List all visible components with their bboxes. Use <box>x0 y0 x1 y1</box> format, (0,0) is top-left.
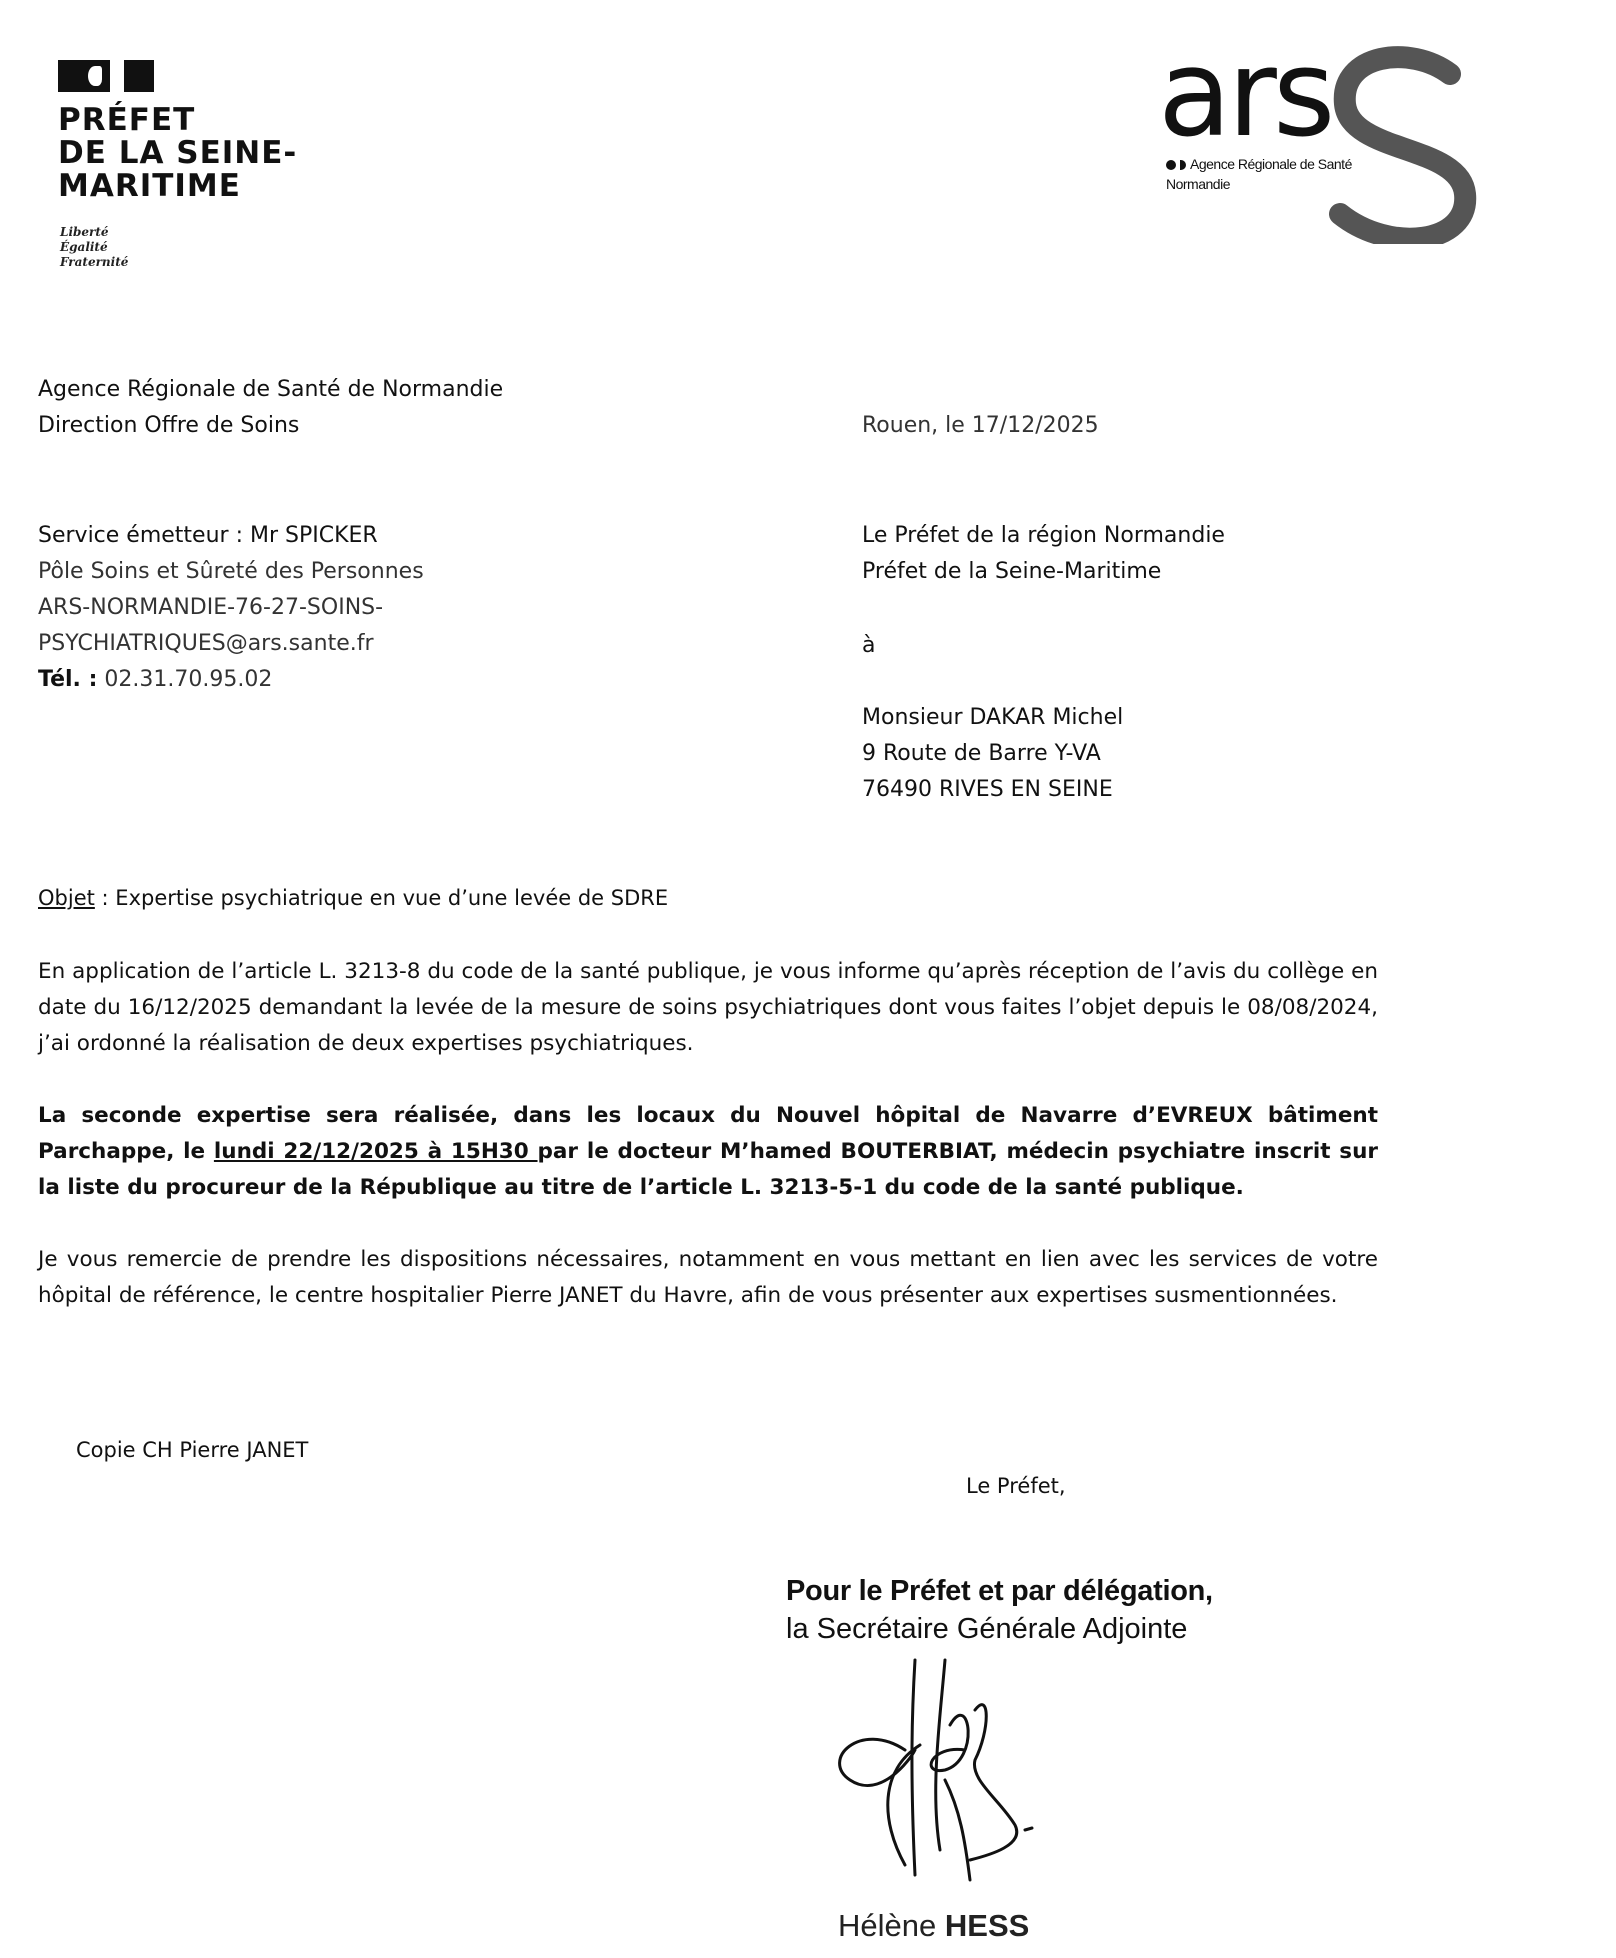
addressee-name: Monsieur DAKAR Michel <box>862 700 1123 736</box>
ars-agency-label: Agence Régionale de Santé Normandie <box>1166 154 1352 194</box>
handwritten-signature-icon <box>820 1650 1080 1890</box>
objet-line: Objet : Expertise psychiatrique en vue d… <box>38 880 668 916</box>
addressee-block: Monsieur DAKAR Michel 9 Route de Barre Y… <box>862 700 1123 808</box>
prefet-title-line-1: PRÉFET <box>58 104 297 137</box>
addressee-city: 76490 RIVES EN SEINE <box>862 772 1123 808</box>
prefet-title: PRÉFET DE LA SEINE- MARITIME <box>58 104 297 203</box>
date-line: Rouen, le 17/12/2025 <box>862 408 1099 444</box>
body-paragraph-1: En application de l’article L. 3213-8 du… <box>38 954 1378 1062</box>
body-paragraph-2: La seconde expertise sera réalisée, dans… <box>38 1098 1378 1206</box>
marianne-profile-icon <box>58 60 110 92</box>
prefet-title-line-2: DE LA SEINE- <box>58 137 297 170</box>
ars-agency-name: Agence Régionale de Santé <box>1190 156 1352 172</box>
delegation-line-2: la Secrétaire Générale Adjointe <box>786 1610 1213 1648</box>
ars-region-name: Normandie <box>1166 174 1352 194</box>
addressee-street: 9 Route de Barre Y-VA <box>862 736 1123 772</box>
copy-recipient: Copie CH Pierre JANET <box>76 1432 308 1468</box>
prefet-title-line-3: MARITIME <box>58 170 297 203</box>
tel-label: Tél. : <box>38 667 97 692</box>
a-preposition: à <box>862 628 875 664</box>
objet-label: Objet <box>38 886 95 910</box>
signer-first-name: Hélène <box>838 1908 936 1943</box>
ars-wordmark: ars <box>1158 40 1331 150</box>
ars-half-dot-icon <box>1180 160 1186 170</box>
signer-last-name: HESS <box>945 1908 1029 1943</box>
motto-liberte: Liberté <box>60 225 128 240</box>
sender-agency: Agence Régionale de Santé de Normandie <box>38 372 503 408</box>
flag-block-icon <box>124 60 154 92</box>
republic-motto: Liberté Égalité Fraternité <box>60 225 128 270</box>
le-prefet-closing: Le Préfet, <box>966 1468 1066 1504</box>
motto-egalite: Égalité <box>60 240 128 255</box>
service-emetteur: Service émetteur : Mr SPICKER <box>38 518 424 554</box>
sender-direction: Direction Offre de Soins <box>38 408 503 444</box>
from-line-1: Le Préfet de la région Normandie <box>862 518 1225 554</box>
objet-text: Expertise psychiatrique en vue d’une lev… <box>115 886 668 910</box>
pole-name: Pôle Soins et Sûreté des Personnes <box>38 554 424 590</box>
tel-value: 02.31.70.95.02 <box>104 667 272 692</box>
appointment-datetime: lundi 22/12/2025 à 15H30 <box>214 1139 538 1164</box>
email-line-1[interactable]: ARS-NORMANDIE-76-27-SOINS- <box>38 590 424 626</box>
contact-block: Service émetteur : Mr SPICKER Pôle Soins… <box>38 518 424 698</box>
body-paragraph-3: Je vous remercie de prendre les disposit… <box>38 1242 1378 1314</box>
delegation-block: Pour le Préfet et par délégation, la Sec… <box>786 1572 1213 1648</box>
ars-dot-icon <box>1166 160 1176 170</box>
sender-block: Agence Régionale de Santé de Normandie D… <box>38 372 503 444</box>
marianne-logo <box>58 60 154 94</box>
objet-separator: : <box>95 886 115 910</box>
from-line-2: Préfet de la Seine-Maritime <box>862 554 1225 590</box>
signer-name: Hélène HESS <box>838 1906 1029 1946</box>
delegation-line-1: Pour le Préfet et par délégation, <box>786 1572 1213 1610</box>
from-block: Le Préfet de la région Normandie Préfet … <box>862 518 1225 590</box>
email-line-2[interactable]: PSYCHIATRIQUES@ars.sante.fr <box>38 626 424 662</box>
motto-fraternite: Fraternité <box>60 255 128 270</box>
